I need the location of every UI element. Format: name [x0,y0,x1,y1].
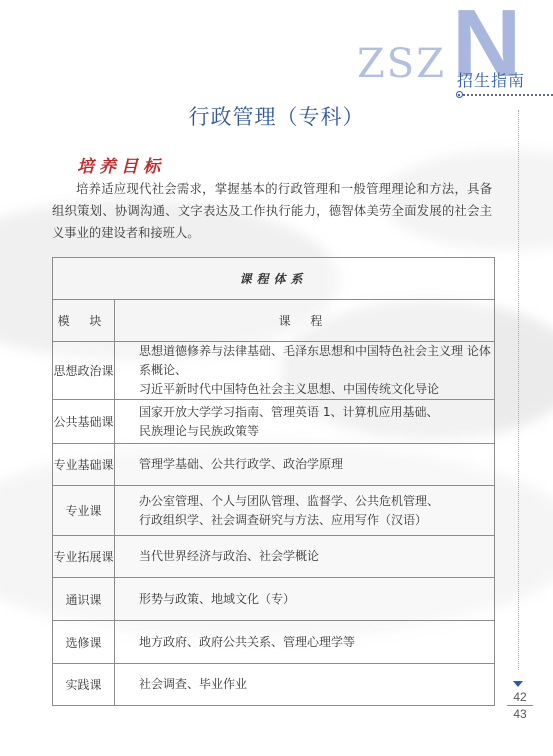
courses-cell: 地方政府、政府公共关系、管理心理学等 [115,621,495,664]
module-cell: 通识课 [53,578,115,621]
courses-cell: 当代世界经济与政治、社会学概论 [115,536,495,578]
page-number-left: 42 [505,690,535,704]
courses-line: 办公室管理、个人与团队管理、监督学、公共危机管理、 [139,492,494,511]
module-cell: 专业拓展课 [53,536,115,578]
table-row: 专业课 办公室管理、个人与团队管理、监督学、公共危机管理、 行政组织学、社会调查… [53,486,495,536]
courses-cell: 思想道德修养与法律基础、毛泽东思想和中国特色社会主义理 论体系概论、 习近平新时… [115,342,495,400]
courses-line: 社会调查、毕业作业 [139,675,494,694]
courses-cell: 国家开放大学学习指南、管理英语 1、计算机应用基础、 民族理论与民族政策等 [115,400,495,444]
courses-line: 民族理论与民族政策等 [139,422,494,441]
module-cell: 实践课 [53,664,115,706]
objective-text: 培养适应现代社会需求，掌握基本的行政管理和一般管理理论和方法，具备组织策划、协调… [52,178,492,244]
arrow-down-icon [513,681,523,687]
module-cell: 思想政治课 [53,342,115,400]
table-header-row: 模 块 课 程 [53,300,495,342]
table-row: 通识课 形势与政策、地域文化（专） [53,578,495,621]
table-row: 实践课 社会调查、毕业作业 [53,664,495,706]
table-row: 专业拓展课 当代世界经济与政治、社会学概论 [53,536,495,578]
logo-subtitle: 招生指南 [457,72,525,90]
courses-line: 国家开放大学学习指南、管理英语 1、计算机应用基础、 [139,403,494,422]
objective-heading: 培养目标 [77,152,165,177]
header-module: 模 块 [53,300,115,342]
table-row: 公共基础课 国家开放大学学习指南、管理英语 1、计算机应用基础、 民族理论与民族… [53,400,495,444]
courses-line: 行政组织学、社会调查研究与方法、应用写作（汉语） [139,511,494,530]
courses-cell: 社会调查、毕业作业 [115,664,495,706]
header-dotted-rule [458,94,553,96]
page-number-divider [507,705,533,706]
table-row: 思想政治课 思想道德修养与法律基础、毛泽东思想和中国特色社会主义理 论体系概论、… [53,342,495,400]
courses-cell: 办公室管理、个人与团队管理、监督学、公共危机管理、 行政组织学、社会调查研究与方… [115,486,495,536]
side-dotted-line [518,110,519,670]
courses-cell: 形势与政策、地域文化（专） [115,578,495,621]
courses-line: 管理学基础、公共行政学、政治学原理 [139,455,494,474]
module-cell: 专业课 [53,486,115,536]
page-number-right: 43 [505,707,535,721]
courses-line: 当代世界经济与政治、社会学概论 [139,547,494,566]
table-row: 专业基础课 管理学基础、公共行政学、政治学原理 [53,444,495,486]
courses-cell: 管理学基础、公共行政学、政治学原理 [115,444,495,486]
header-courses: 课 程 [115,300,495,342]
courses-line: 地方政府、政府公共关系、管理心理学等 [139,633,494,652]
page-title: 行政管理（专科） [0,101,553,131]
module-cell: 公共基础课 [53,400,115,444]
table-row: 选修课 地方政府、政府公共关系、管理心理学等 [53,621,495,664]
courses-line: 习近平新时代中国特色社会主义思想、中国传统文化导论 [139,380,494,399]
table-caption: 课程体系 [53,258,495,300]
curriculum-table: 课程体系 模 块 课 程 思想政治课 思想道德修养与法律基础、毛泽东思想和中国特… [52,257,495,706]
courses-line: 形势与政策、地域文化（专） [139,590,494,609]
courses-line: 思想道德修养与法律基础、毛泽东思想和中国特色社会主义理 论体系概论、 [139,342,494,380]
brochure-page: ZSZ N 招生指南 行政管理（专科） 培养目标 培养适应现代社会需求，掌握基本… [0,0,553,756]
module-cell: 专业基础课 [53,444,115,486]
logo-zsz-text: ZSZ [357,44,446,84]
module-cell: 选修课 [53,621,115,664]
